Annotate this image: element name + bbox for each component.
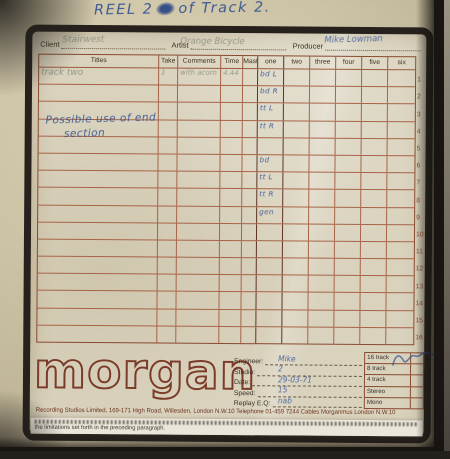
table-cell <box>284 104 310 120</box>
table-cell <box>241 310 256 326</box>
column-header-two: two <box>284 56 310 68</box>
handwritten-field-value: 29-03-71 <box>278 375 312 384</box>
table-cell <box>335 242 361 258</box>
table-cell <box>257 275 283 291</box>
table-cell <box>284 138 310 154</box>
table-cell <box>309 241 335 257</box>
table-cell <box>309 173 335 189</box>
table-cell <box>386 328 413 344</box>
table-cell <box>361 156 387 172</box>
table-cell <box>221 69 243 85</box>
table-cell <box>177 241 220 257</box>
table-cell <box>362 70 388 86</box>
table-cell <box>283 241 309 257</box>
column-header-three: three <box>310 57 336 69</box>
table-cell <box>177 258 220 274</box>
table-cell <box>158 206 177 222</box>
ink-scribble-blob <box>155 1 176 17</box>
table-cell <box>258 69 284 85</box>
handwritten-producer: Mike Lowman <box>324 34 383 46</box>
table-cell <box>334 293 360 309</box>
format-row: 4 track <box>365 375 423 387</box>
table-cell <box>158 275 177 291</box>
table-cell <box>388 87 415 103</box>
table-cell <box>257 224 283 240</box>
table-cell <box>361 190 387 206</box>
table-cell <box>309 224 335 240</box>
session-fields: Engineer:MikeStudio:2Date:29-03-71Speed:… <box>234 355 362 408</box>
table-cell <box>335 207 361 223</box>
table-cell <box>283 173 309 189</box>
table-cell <box>257 172 283 188</box>
table-cell <box>258 86 284 102</box>
table-cell <box>158 223 177 239</box>
table-cell <box>37 325 157 342</box>
table-cell <box>335 276 361 292</box>
table-cell <box>178 137 221 153</box>
table-cell <box>284 69 310 85</box>
table-cell <box>243 138 258 154</box>
table-cell <box>387 173 414 189</box>
table-cell <box>336 70 362 86</box>
note-line-2: section <box>64 125 157 142</box>
table-cell <box>159 69 178 85</box>
table-cell <box>221 121 243 137</box>
table-cell <box>310 87 336 103</box>
table-cell <box>177 223 220 239</box>
table-cell <box>334 328 360 344</box>
table-cell <box>257 190 283 206</box>
column-header-four: four <box>336 57 362 69</box>
table-cell <box>361 276 387 292</box>
table-cell <box>243 121 258 137</box>
table-cell <box>310 70 336 86</box>
table-cell <box>283 276 309 292</box>
table-cell <box>283 224 309 240</box>
table-cell <box>257 207 283 223</box>
table-cell <box>361 207 387 223</box>
table-cell <box>309 190 335 206</box>
handwritten-field-value: nab <box>278 396 292 405</box>
table-cell <box>361 173 387 189</box>
table-cell <box>362 87 388 103</box>
table-cell <box>177 189 220 205</box>
table-cell <box>242 241 257 257</box>
table-cell <box>221 86 243 102</box>
table-cell <box>241 327 256 343</box>
table-cell <box>310 121 336 137</box>
table-cell <box>178 69 221 85</box>
table-cell <box>38 154 158 171</box>
table-cell <box>220 241 242 257</box>
column-header-mast: Mast <box>243 56 258 68</box>
table-cell <box>177 172 220 188</box>
format-label: Stereo <box>365 387 410 398</box>
table-cell <box>362 104 388 120</box>
table-cell <box>158 172 177 188</box>
table-cell <box>256 327 282 343</box>
format-label: 4 track <box>365 375 410 386</box>
table-cell <box>361 242 387 258</box>
table-cell <box>335 173 361 189</box>
handwritten-reel-note: REEL 2of Track 2. <box>94 0 271 19</box>
table-cell <box>258 138 284 154</box>
column-header-six: six <box>388 57 415 69</box>
table-cell <box>309 156 335 172</box>
producer-label: Producer <box>293 41 323 50</box>
table-cell <box>221 103 243 119</box>
handwritten-field-value: 2 <box>278 365 283 374</box>
table-cell <box>360 293 386 309</box>
table-cell <box>256 310 282 326</box>
table-cell <box>386 311 413 327</box>
table-cell <box>387 190 414 206</box>
reel-note-right: of Track 2. <box>178 0 271 17</box>
format-label: Mono <box>365 398 410 409</box>
table-cell <box>38 257 158 274</box>
table-cell <box>388 104 415 120</box>
table-cell <box>309 207 335 223</box>
table-cell <box>360 311 386 327</box>
table-cell <box>243 86 258 102</box>
table-cell <box>282 310 308 326</box>
table-cell <box>387 225 414 241</box>
column-header-five: five <box>362 57 388 69</box>
table-cell <box>309 276 335 292</box>
column-header-time: Time <box>221 56 243 68</box>
table-cell <box>177 275 220 291</box>
table-cell <box>258 121 284 137</box>
format-row: Stereo <box>365 387 423 399</box>
table-cell <box>361 259 387 275</box>
handwritten-artist: Orange Bicycle <box>180 37 244 47</box>
table-cell <box>157 309 176 325</box>
table-cell <box>242 275 257 291</box>
reel-note-left: REEL 2 <box>94 2 154 19</box>
table-cell <box>308 293 334 309</box>
table-cell <box>258 104 284 120</box>
table-cell <box>387 242 414 258</box>
table-cell <box>178 86 221 102</box>
session-field: Replay E.Q:nab <box>234 397 362 408</box>
table-cell <box>159 137 178 153</box>
table-cell <box>310 104 336 120</box>
table-cell <box>334 310 360 326</box>
table-cell <box>284 121 310 137</box>
handwritten-note: Possible use of end section <box>45 111 156 142</box>
table-cell <box>243 103 258 119</box>
morgan-logo: morgan <box>34 349 257 394</box>
photo-bottom-bar <box>0 451 450 459</box>
table-cell <box>386 294 413 310</box>
table-cell <box>283 155 309 171</box>
table-cell <box>335 156 361 172</box>
table-cell <box>158 240 177 256</box>
handwritten-field-value: 15 <box>278 386 288 395</box>
table-cell <box>158 189 177 205</box>
table-cell <box>220 206 242 222</box>
table-cell <box>335 190 361 206</box>
photo-shadow-top-left <box>0 0 95 95</box>
table-cell <box>220 189 242 205</box>
table-cell <box>158 154 177 170</box>
table-cell <box>257 258 283 274</box>
table-cell <box>220 172 242 188</box>
table-cell <box>177 155 220 171</box>
table-cell <box>219 310 241 326</box>
table-cell <box>257 241 283 257</box>
table-cell <box>38 171 158 188</box>
table-cell <box>159 86 178 102</box>
table-cell <box>157 292 176 308</box>
table-cell <box>336 104 362 120</box>
table-cell <box>176 326 219 342</box>
table-cell <box>335 224 361 240</box>
table-cell <box>220 275 242 291</box>
table-cell <box>282 327 308 343</box>
handwritten-field-value: Mike <box>278 354 296 363</box>
table-cell <box>361 225 387 241</box>
table-cell <box>388 122 415 138</box>
table-cell <box>308 310 334 326</box>
table-cell <box>176 292 219 308</box>
table-cell <box>219 292 241 308</box>
table-cell <box>283 207 309 223</box>
table-cell <box>360 328 386 344</box>
photo-edge-sliver <box>444 0 450 459</box>
table-cell <box>282 293 308 309</box>
table-cell <box>362 139 388 155</box>
table-cell <box>38 222 158 239</box>
table-cell <box>242 189 257 205</box>
table-cell <box>309 259 335 275</box>
table-cell <box>38 240 158 257</box>
column-header-comments: Comments <box>178 56 221 68</box>
table-cell <box>221 138 243 154</box>
table-cell <box>387 276 414 292</box>
table-cell <box>38 274 158 291</box>
table-cell <box>387 208 414 224</box>
tape-box-photo: REEL 2of Track 2. Client Artist Producer… <box>0 0 450 459</box>
table-cell <box>336 121 362 137</box>
table-cell <box>336 87 362 103</box>
table-cell <box>159 103 178 119</box>
table-cell <box>257 155 283 171</box>
table-cell <box>176 309 219 325</box>
table-cell <box>242 155 257 171</box>
table-cell <box>157 326 176 342</box>
table-cell <box>37 291 157 308</box>
table-cell <box>177 206 220 222</box>
table-cell <box>178 103 221 119</box>
table-cell <box>387 259 414 275</box>
table-cell <box>219 327 241 343</box>
table-cell <box>178 120 221 136</box>
table-cell <box>335 259 361 275</box>
table-cell <box>158 258 177 274</box>
field-label: Replay E.Q: <box>234 400 271 407</box>
table-cell <box>284 87 310 103</box>
table-cell <box>242 207 257 223</box>
table-cell <box>38 188 158 205</box>
table-cell <box>362 121 388 137</box>
table-cell <box>159 120 178 136</box>
track-sheet-table: TitlesTakeCommentsTimeMastonetwothreefou… <box>36 54 416 346</box>
table-cell <box>308 327 334 343</box>
table-cell <box>220 155 242 171</box>
format-row: Mono <box>365 398 423 409</box>
table-cell <box>388 70 415 86</box>
table-cell <box>283 258 309 274</box>
studio-address: Recording Studios Limited, 169-171 High … <box>36 407 405 417</box>
table-cell <box>388 139 415 155</box>
table-cell <box>242 172 257 188</box>
table-cell <box>242 224 257 240</box>
table-cell <box>38 205 158 222</box>
table-cell <box>243 69 258 85</box>
table-row <box>37 325 413 344</box>
column-header-take: Take <box>159 56 178 68</box>
table-cell <box>37 308 157 325</box>
column-header-one: one <box>258 56 284 68</box>
fine-print-strip: the limitations set forth in the precedi… <box>31 418 423 437</box>
table-cell <box>256 293 282 309</box>
table-cell <box>220 258 242 274</box>
table-cell <box>310 138 336 154</box>
table-cell <box>387 156 414 172</box>
table-cell <box>241 293 256 309</box>
table-cell <box>336 138 362 154</box>
table-cell <box>242 258 257 274</box>
table-cell <box>283 190 309 206</box>
table-cell <box>220 224 242 240</box>
